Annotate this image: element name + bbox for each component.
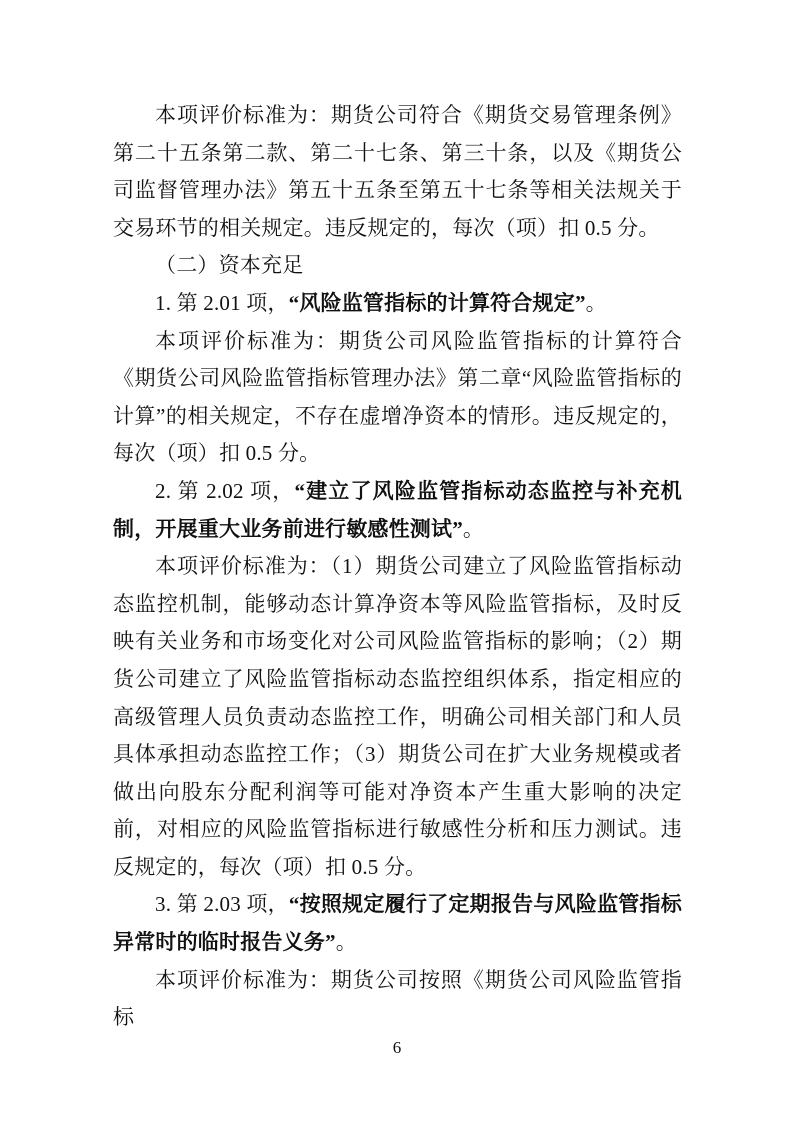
text-run: 3. 第 2.03 项， [155, 892, 289, 916]
text-run: 本项评价标准为：期货公司符合《期货交易管理条例》第二十五条第二款、第二十七条、第… [113, 103, 682, 240]
text-run: 本项评价标准为：期货公司风险监管指标的计算符合《期货公司风险监管指标管理办法》第… [113, 329, 682, 466]
text-run: 本项评价标准为：期货公司按照《期货公司风险监管指标 [113, 968, 682, 1030]
paragraph: 本项评价标准为：期货公司按照《期货公司风险监管指标 [113, 962, 682, 1037]
page-number: 6 [393, 1038, 402, 1057]
text-run: 1. 第 2.01 项， [155, 291, 289, 315]
text-run: （二）资本充足 [155, 253, 303, 277]
paragraph: 本项评价标准为：期货公司风险监管指标的计算符合《期货公司风险监管指标管理办法》第… [113, 323, 682, 473]
paragraph: 1. 第 2.01 项，“风险监管指标的计算符合规定”。 [113, 285, 682, 323]
text-run: 2. 第 2.02 项， [155, 479, 294, 503]
text-run: 本项评价标准为：（1）期货公司建立了风险监管指标动态监控机制，能够动态计算净资本… [113, 554, 682, 879]
document-page: 本项评价标准为：期货公司符合《期货交易管理条例》第二十五条第二款、第二十七条、第… [0, 0, 794, 1123]
page-footer: 6 [0, 1038, 794, 1058]
paragraph: 3. 第 2.03 项，“按照规定履行了定期报告与风险监管指标异常时的临时报告义… [113, 886, 682, 961]
text-run: 。 [586, 291, 607, 315]
text-run: 。 [463, 517, 484, 541]
paragraph: 本项评价标准为：期货公司符合《期货交易管理条例》第二十五条第二款、第二十七条、第… [113, 97, 682, 247]
paragraph: 2. 第 2.02 项，“建立了风险监管指标动态监控与补充机制，开展重大业务前进… [113, 473, 682, 548]
text-run: 。 [336, 930, 357, 954]
paragraph: （二）资本充足 [113, 247, 682, 285]
document-body: 本项评价标准为：期货公司符合《期货交易管理条例》第二十五条第二款、第二十七条、第… [113, 97, 682, 1037]
paragraph: 本项评价标准为：（1）期货公司建立了风险监管指标动态监控机制，能够动态计算净资本… [113, 548, 682, 886]
item-title-run: “风险监管指标的计算符合规定” [289, 291, 586, 315]
